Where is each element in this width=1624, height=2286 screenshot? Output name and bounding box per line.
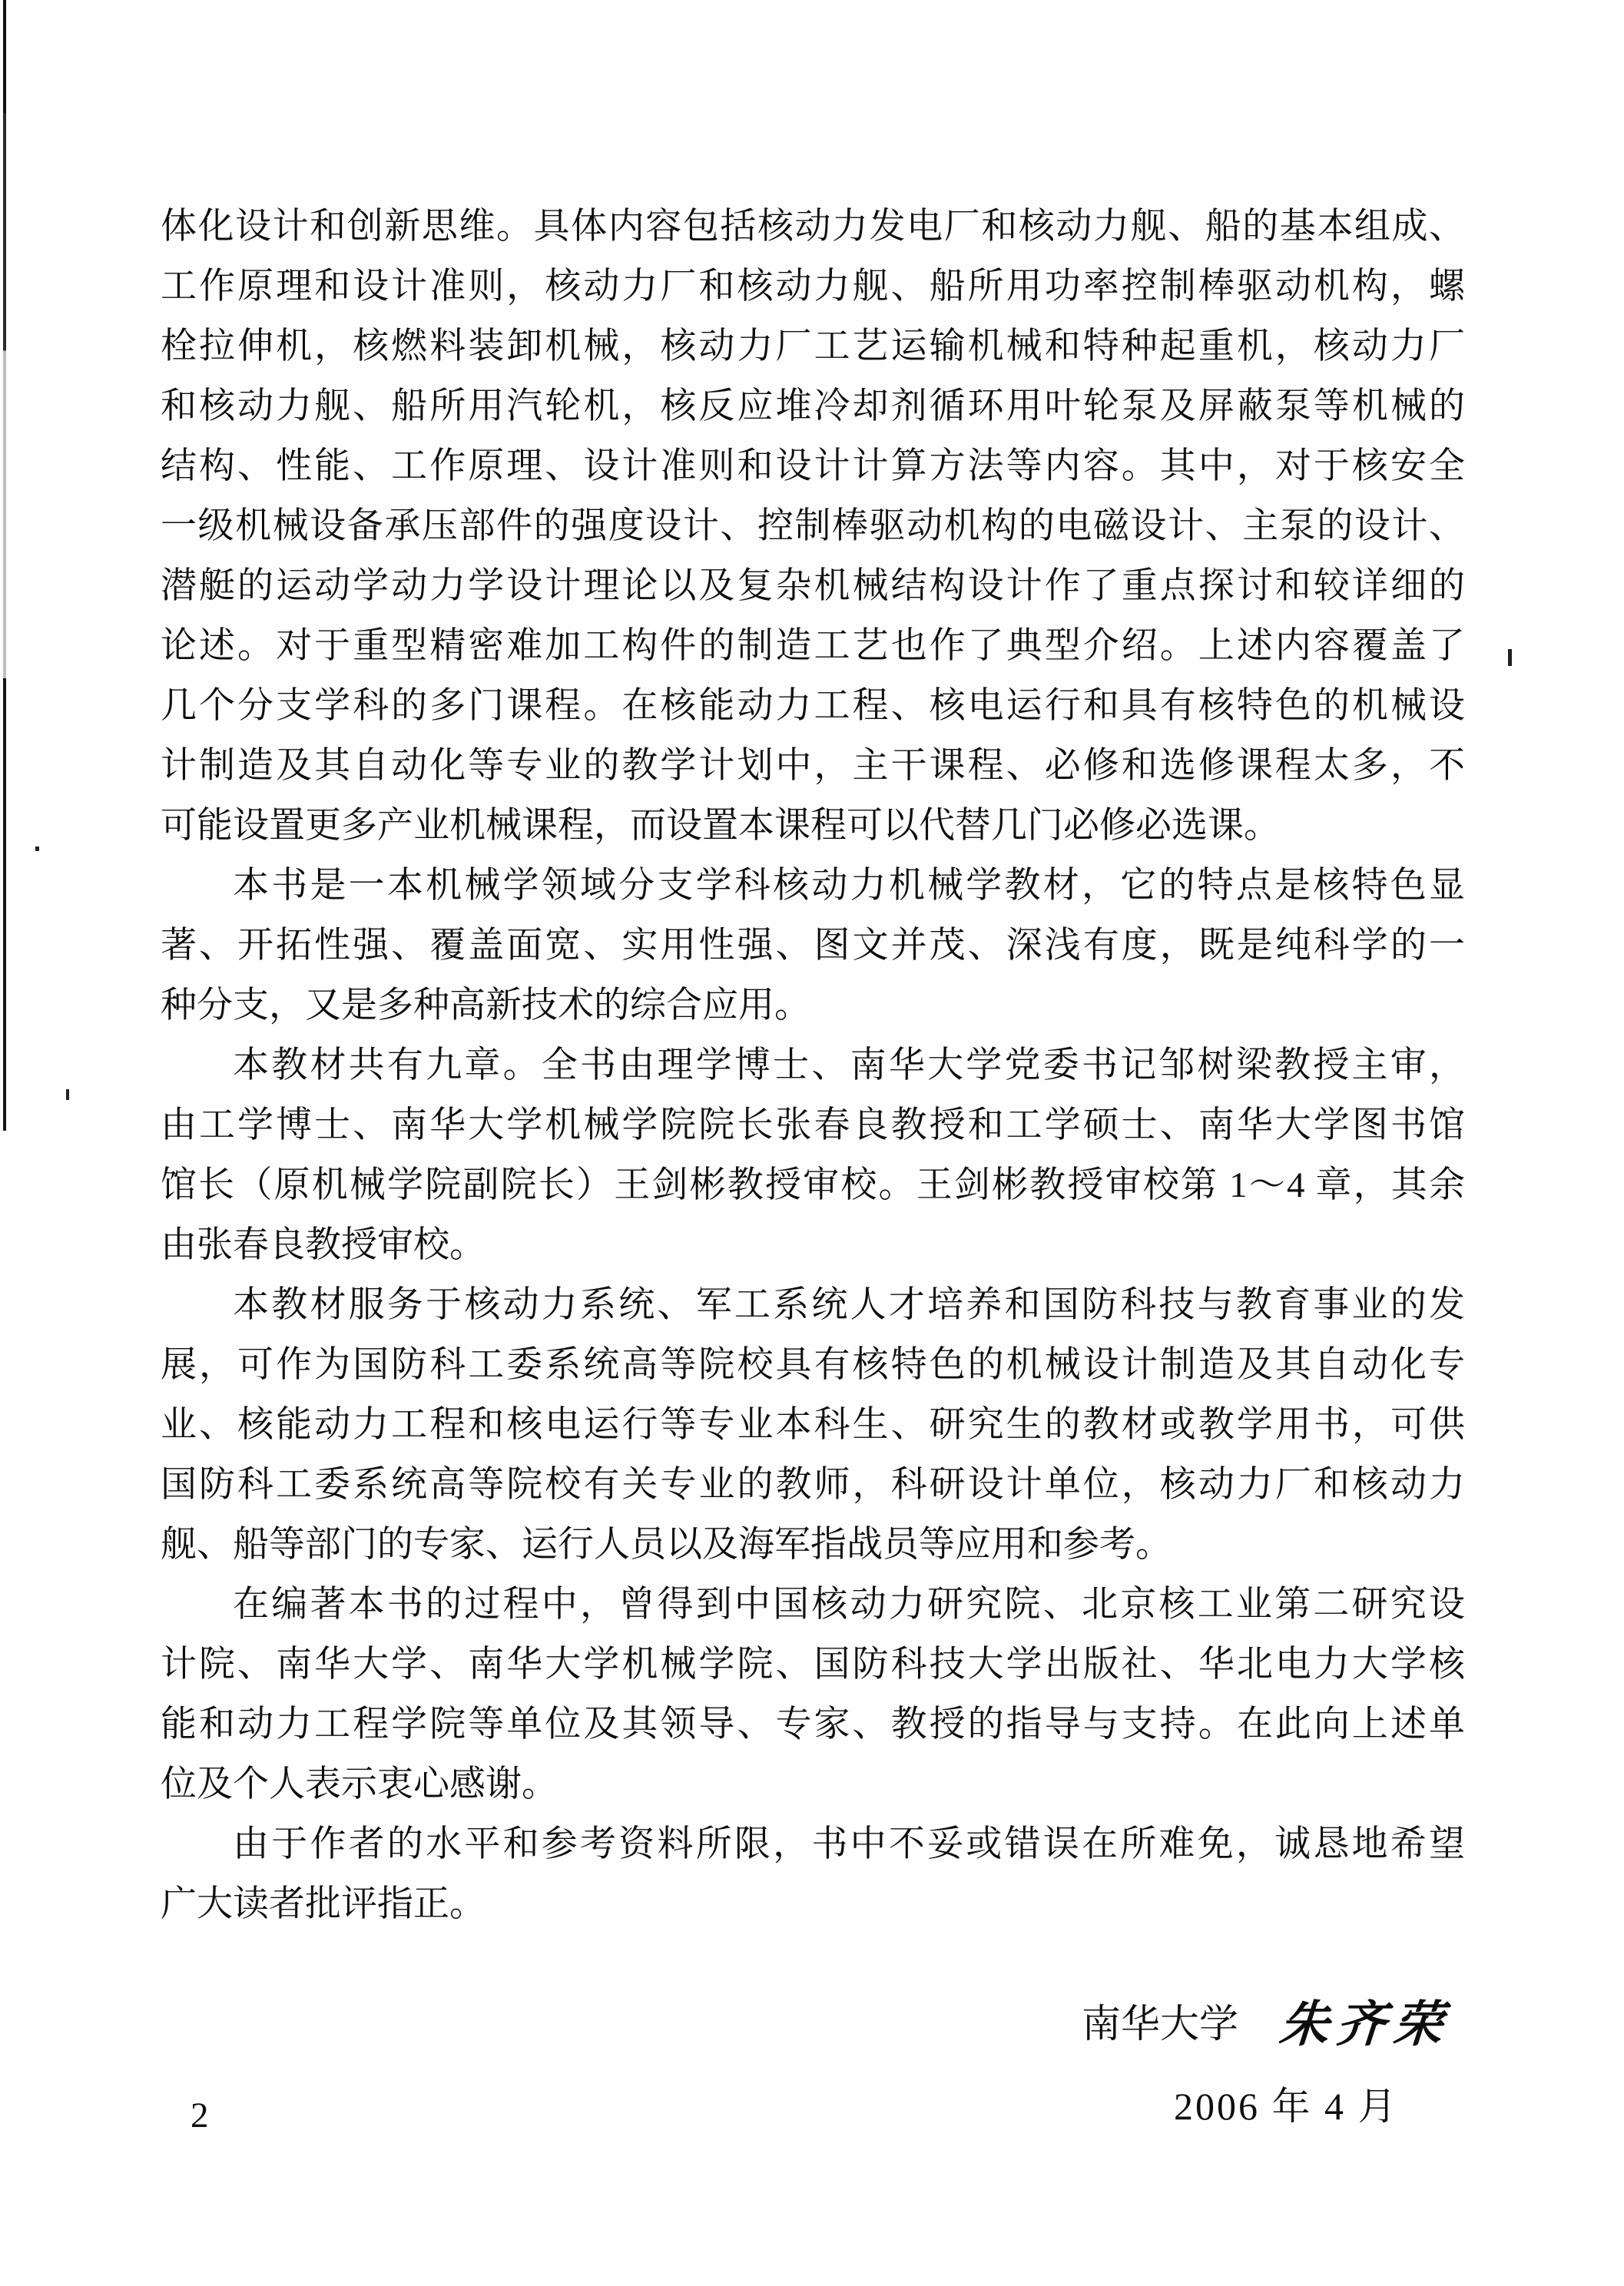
body-line: 在编著本书的过程中，曾得到中国核动力研究院、北京核工业第二研究设 <box>161 1575 1465 1635</box>
signature-affiliation: 南华大学 <box>1082 1992 1238 2049</box>
signature-row: 南华大学 朱齐荣 <box>1082 1988 1450 2052</box>
body-line: 结构、性能、工作原理、设计准则和设计计算方法等内容。其中，对于核安全 <box>161 436 1465 496</box>
body-line: 馆长（原机械学院副院长）王剑彬教授审校。王剑彬教授审校第 1～4 章，其余 <box>161 1155 1465 1215</box>
body-line: 著、开拓性强、覆盖面宽、实用性强、图文并茂、深浅有度，既是纯科学的一 <box>161 916 1465 976</box>
preface-body: 体化设计和创新思维。具体内容包括核动力发电厂和核动力舰、船的基本组成、 工作原理… <box>161 197 1465 1934</box>
body-line: 业、核能动力工程和核电运行等专业本科生、研究生的教材或教学用书，可供 <box>161 1395 1465 1455</box>
body-line: 广大读者批评指正。 <box>161 1874 1465 1934</box>
body-line: 栓拉伸机，核燃料装卸机械，核动力厂工艺运输机械和特种起重机，核动力厂 <box>161 316 1465 376</box>
body-line: 计制造及其自动化等专业的教学计划中，主干课程、必修和选修课程太多，不 <box>161 736 1465 796</box>
page-number: 2 <box>191 2092 209 2139</box>
scan-speck <box>35 846 39 851</box>
body-line: 工作原理和设计准则，核动力厂和核动力舰、船所用功率控制棒驱动机构，螺 <box>161 257 1465 316</box>
signature-name: 朱齐荣 <box>1278 1985 1453 2056</box>
body-line: 本教材服务于核动力系统、军工系统人才培养和国防科技与教育事业的发 <box>161 1275 1465 1335</box>
body-line: 舰、船等部门的专家、运行人员以及海军指战员等应用和参考。 <box>161 1515 1465 1575</box>
body-line: 论述。对于重型精密难加工构件的制造工艺也作了典型介绍。上述内容覆盖了 <box>161 616 1465 676</box>
body-line: 本教材共有九章。全书由理学博士、南华大学党委书记邹树梁教授主审， <box>161 1035 1465 1095</box>
scan-speck <box>66 1089 69 1100</box>
body-line: 展，可作为国防科工委系统高等院校具有核特色的机械设计制造及其自动化专 <box>161 1335 1465 1395</box>
body-line: 本书是一本机械学领域分支学科核动力机械学教材，它的特点是核特色显 <box>161 856 1465 916</box>
scanned-document-page: 体化设计和创新思维。具体内容包括核动力发电厂和核动力舰、船的基本组成、 工作原理… <box>0 0 1624 2286</box>
body-line: 由工学博士、南华大学机械学院院长张春良教授和工学硕士、南华大学图书馆 <box>161 1095 1465 1155</box>
body-line: 体化设计和创新思维。具体内容包括核动力发电厂和核动力舰、船的基本组成、 <box>161 197 1465 257</box>
body-line: 几个分支学科的多门课程。在核能动力工程、核电运行和具有核特色的机械设 <box>161 676 1465 736</box>
body-line: 国防科工委系统高等院校有关专业的教师，科研设计单位，核动力厂和核动力 <box>161 1455 1465 1515</box>
body-line: 一级机械设备承压部件的强度设计、控制棒驱动机构的电磁设计、主泵的设计、 <box>161 496 1465 556</box>
body-line: 能和动力工程学院等单位及其领导、专家、教授的指导与支持。在此向上述单 <box>161 1695 1465 1754</box>
signature-date: 2006 年 4 月 <box>1174 2076 1399 2131</box>
body-line: 由于作者的水平和参考资料所限，书中不妥或错误在所难免，诚恳地希望 <box>161 1814 1465 1874</box>
body-line: 位及个人表示衷心感谢。 <box>161 1754 1465 1814</box>
body-line: 种分支，又是多种高新技术的综合应用。 <box>161 976 1465 1035</box>
scan-speck <box>1508 649 1512 666</box>
scan-edge-artifact <box>3 0 6 1131</box>
body-line: 计院、南华大学、南华大学机械学院、国防科技大学出版社、华北电力大学核 <box>161 1635 1465 1695</box>
body-line: 潜艇的运动学动力学设计理论以及复杂机械结构设计作了重点探讨和较详细的 <box>161 556 1465 616</box>
body-line: 由张春良教授审校。 <box>161 1215 1465 1275</box>
body-line: 可能设置更多产业机械课程，而设置本课程可以代替几门必修必选课。 <box>161 796 1465 856</box>
body-line: 和核动力舰、船所用汽轮机，核反应堆冷却剂循环用叶轮泵及屏蔽泵等机械的 <box>161 376 1465 436</box>
